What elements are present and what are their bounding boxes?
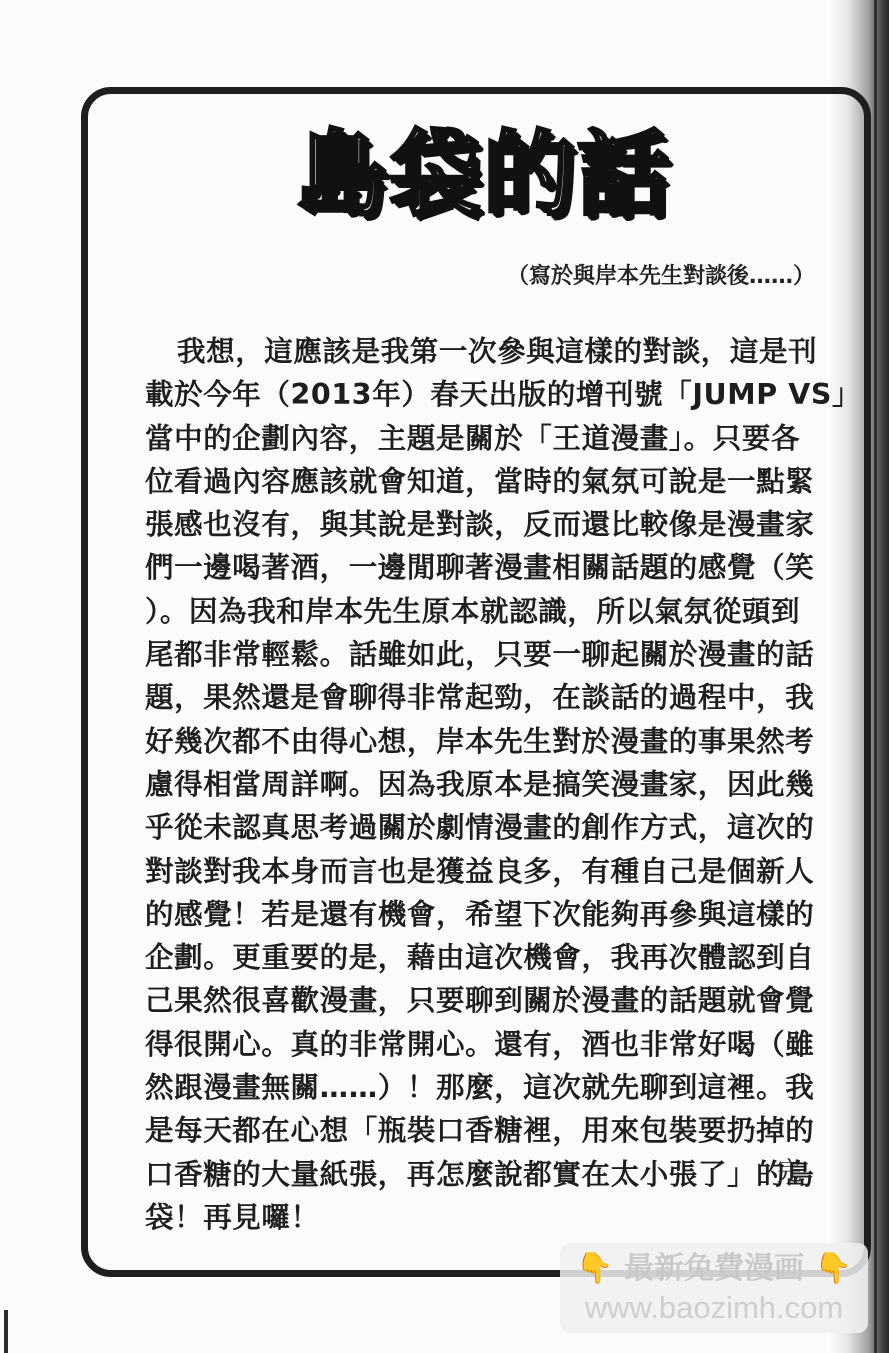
watermark-banner[interactable]: 👇 最新免費漫画 👇 www.baozimh.com <box>560 1243 868 1333</box>
text-line: 題，果然還是會聊得非常起勁，在談話的過程中，我 <box>145 676 815 719</box>
text-line: 我想，這應該是我第一次參與這樣的對談，這是刊 <box>145 330 815 373</box>
text-line: ）。因為我和岸本先生原本就認識，所以氣氛從頭到 <box>145 590 815 633</box>
scan-margin-mark <box>4 1310 8 1353</box>
text-line: 企劃。更重要的是，藉由這次機會，我再次體認到自 <box>145 936 815 979</box>
watermark-url[interactable]: www.baozimh.com <box>560 1289 868 1327</box>
text-line: 張感也沒有，與其說是對談，反而還比較像是漫畫家 <box>145 503 815 546</box>
text-line: 己果然很喜歡漫畫，只要聊到關於漫畫的話題就會覺 <box>145 979 815 1022</box>
text-line: 載於今年（2013年）春天出版的增刊號「JUMP VS」 <box>145 373 815 416</box>
text-line: 然跟漫畫無關……）！那麼，這次就先聊到這裡。我 <box>145 1066 815 1109</box>
text-line: 尾都非常輕鬆。話雖如此，只要一聊起關於漫畫的話 <box>145 633 815 676</box>
pointing-down-hand-icon: 👇 <box>576 1251 613 1286</box>
text-line: 乎從未認真思考過關於劇情漫畫的創作方式，這次的 <box>145 806 815 849</box>
text-line: 的感覺！若是還有機會，希望下次能夠再參與這樣的 <box>145 893 815 936</box>
text-line: 袋！再見囉！ <box>145 1196 815 1239</box>
text-line: 是每天都在心想「瓶裝口香糖裡，用來包裝要扔掉的 <box>145 1109 815 1152</box>
text-line: 位看過內容應該就會知道，當時的氣氛可說是一點緊 <box>145 460 815 503</box>
page-subtitle: （寫於與岸本先生對談後……） <box>470 262 815 292</box>
page-title: 島袋的話 <box>268 120 698 230</box>
end-mark: 完 <box>776 1155 802 1189</box>
text-line: 慮得相當周詳啊。因為我原本是搞笑漫畫家，因此幾 <box>145 763 815 806</box>
text-line: 好幾次都不由得心想，岸本先生對於漫畫的事果然考 <box>145 720 815 763</box>
text-line: 們一邊喝著酒，一邊閒聊著漫畫相關話題的感覺（笑 <box>145 546 815 589</box>
pointing-down-hand-icon: 👇 <box>814 1251 851 1286</box>
text-line: 得很開心。真的非常開心。還有，酒也非常好喝（雖 <box>145 1023 815 1066</box>
watermark-title-row: 👇 最新免費漫画 👇 <box>560 1251 868 1287</box>
body-text: 我想，這應該是我第一次參與這樣的對談，這是刊 載於今年（2013年）春天出版的增… <box>145 330 815 1239</box>
text-line: 對談對我本身而言也是獲益良多，有種自己是個新人 <box>145 850 815 893</box>
watermark-title: 最新免費漫画 <box>624 1251 804 1286</box>
text-line: 當中的企劃內容，主題是關於「王道漫畫」。只要各 <box>145 417 815 460</box>
page-edge-line <box>874 0 877 1353</box>
text-line: 口香糖的大量紙張，再怎麼說都實在太小張了」的島 <box>145 1153 815 1196</box>
